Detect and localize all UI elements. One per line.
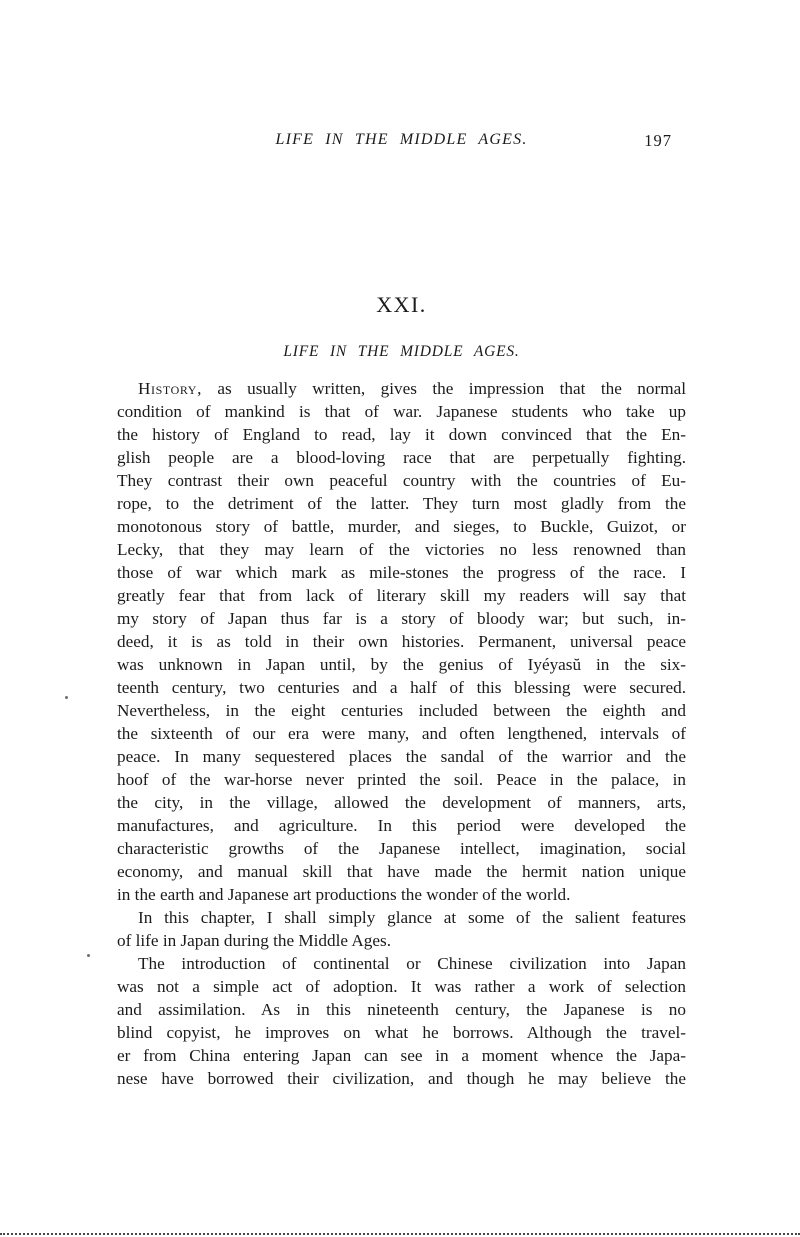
text-line: The introduction of continental or Chine… [117, 952, 686, 975]
text-line: glish people are a blood-loving race tha… [117, 446, 686, 469]
text-line: History, as usually written, gives the i… [117, 377, 686, 400]
text-line: my story of Japan thus far is a story of… [117, 607, 686, 630]
book-page: LIFE IN THE MIDDLE AGES. 197 XXI. LIFE I… [0, 0, 800, 1237]
text-line: the city, in the village, allowed the de… [117, 791, 686, 814]
text-line: was not a simple act of adoption. It was… [117, 975, 686, 998]
page-edge-artifact [0, 1233, 800, 1235]
text-line: of life in Japan during the Middle Ages. [117, 929, 686, 952]
text-line: In this chapter, I shall simply glance a… [117, 906, 686, 929]
text-line: Nevertheless, in the eight centuries inc… [117, 699, 686, 722]
text-line: nese have borrowed their civilization, a… [117, 1067, 686, 1090]
text-line: the history of England to read, lay it d… [117, 423, 686, 446]
text-line: monotonous story of battle, murder, and … [117, 515, 686, 538]
text-line: in the earth and Japanese art production… [117, 883, 686, 906]
text-line: greatly fear that from lack of literary … [117, 584, 686, 607]
text-line: condition of mankind is that of war. Jap… [117, 400, 686, 423]
text-line: the sixteenth of our era were many, and … [117, 722, 686, 745]
lead-smallcaps: History, [138, 379, 202, 398]
text-line: er from China entering Japan can see in … [117, 1044, 686, 1067]
chapter-title: LIFE IN THE MIDDLE AGES. [117, 343, 686, 361]
text-line: and assimilation. As in this nineteenth … [117, 998, 686, 1021]
chapter-number: XXI. [117, 292, 686, 318]
body-text: History, as usually written, gives the i… [117, 377, 686, 1090]
text-line: economy, and manual skill that have made… [117, 860, 686, 883]
text-line: hoof of the war-horse never printed the … [117, 768, 686, 791]
text-line: teenth century, two centuries and a half… [117, 676, 686, 699]
text-line: Lecky, that they may learn of the victor… [117, 538, 686, 561]
text-line: was unknown in Japan until, by the geniu… [117, 653, 686, 676]
page-number: 197 [644, 131, 672, 151]
scan-speck [87, 954, 90, 957]
text-line: They contrast their own peaceful country… [117, 469, 686, 492]
text-line: rope, to the detriment of the latter. Th… [117, 492, 686, 515]
running-header: LIFE IN THE MIDDLE AGES. 197 [117, 131, 686, 153]
text-line: blind copyist, he improves on what he bo… [117, 1021, 686, 1044]
text-line: deed, it is as told in their own histori… [117, 630, 686, 653]
text-line: manufactures, and agriculture. In this p… [117, 814, 686, 837]
text-line: peace. In many sequestered places the sa… [117, 745, 686, 768]
scan-speck [65, 696, 68, 699]
running-title: LIFE IN THE MIDDLE AGES. [275, 131, 527, 148]
text-line: characteristic growths of the Japanese i… [117, 837, 686, 860]
text-line: those of war which mark as mile-stones t… [117, 561, 686, 584]
